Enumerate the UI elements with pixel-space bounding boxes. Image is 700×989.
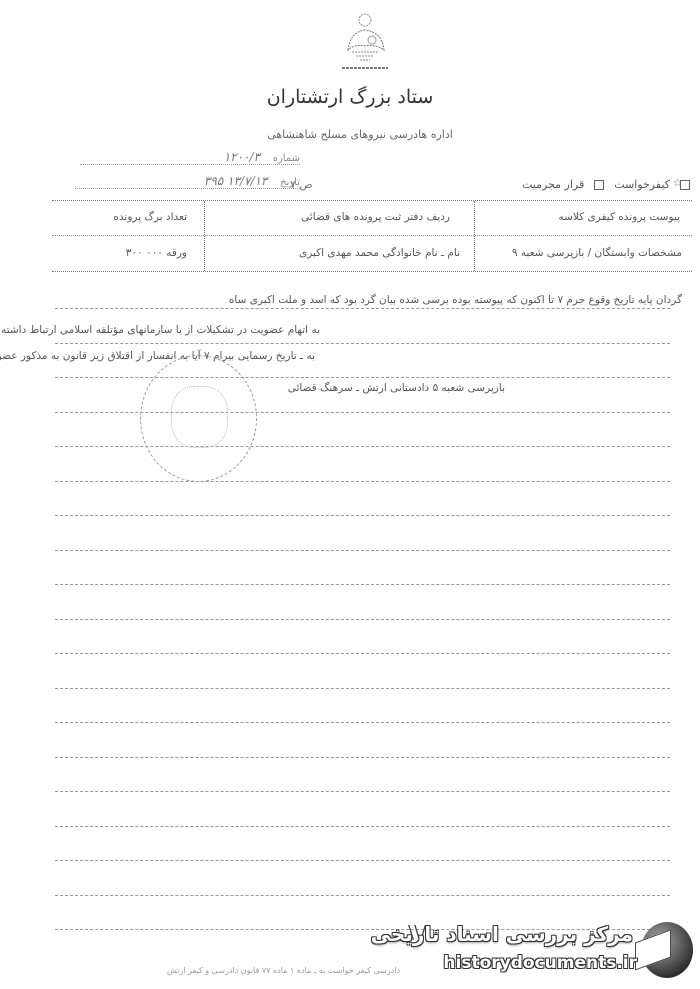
case-info-table: پیوست پرونده کیفری کلاسه ردیف دفتر ثبت پ… bbox=[52, 200, 692, 272]
checkbox-guilt-order[interactable] bbox=[594, 178, 604, 191]
ruled-line bbox=[55, 619, 670, 620]
body-line-3: به ـ تاریخ رسمایی بیرام ۷ آیا به انفسار … bbox=[0, 350, 315, 362]
ruled-line bbox=[55, 895, 670, 896]
ruled-line bbox=[55, 860, 670, 861]
checkbox-guilt-order-label: قرار مجرمیت bbox=[522, 178, 584, 191]
date-value: ۱۳/۷/۱۳ ۳۹۵ bbox=[204, 174, 267, 188]
ruled-line bbox=[55, 343, 670, 344]
official-seal-stamp bbox=[140, 355, 257, 482]
ruled-line bbox=[55, 515, 670, 516]
page-number: ص ۷ bbox=[290, 178, 313, 191]
ruled-line bbox=[55, 791, 670, 792]
organization-title: ستاد بزرگ ارتشتاران bbox=[240, 86, 460, 108]
header-case-file: پیوست پرونده کیفری کلاسه bbox=[558, 211, 680, 223]
lion-and-sun-emblem-icon bbox=[330, 10, 400, 72]
archive-watermark: مرکز بررسی اسناد تاریخی historydocuments… bbox=[405, 920, 695, 982]
watermark-url: historydocuments.ir bbox=[443, 953, 637, 973]
ruled-line bbox=[55, 722, 670, 723]
cell-relatives-info: مشخصات وابستگان / بازپرسی شعبه ۹ bbox=[512, 247, 682, 259]
checkbox-indictment[interactable] bbox=[680, 178, 690, 191]
ruled-line bbox=[55, 308, 670, 309]
cell-page-count: ورقه ۰۰۰ ۳۰۰ bbox=[126, 247, 187, 259]
body-line-1: گردان پایه تاریخ وقوع جرم ۷ تا اکنون که … bbox=[229, 294, 682, 306]
body-line-2: به اتهام عضویت در تشکیلات از یا سازمانها… bbox=[0, 324, 320, 336]
department-subtitle: اداره هادرسی نیروهای مسلح شاهنشاهی bbox=[250, 128, 470, 141]
ruled-line bbox=[55, 481, 670, 482]
number-label: شماره bbox=[273, 153, 300, 164]
cell-full-name: نام ـ نام خانوادگی محمد مهدی اکبری bbox=[299, 247, 460, 259]
document-type-checkboxes: کیفرخواست قرار مجرمیت bbox=[290, 178, 690, 191]
ruled-line bbox=[55, 757, 670, 758]
ruled-line bbox=[55, 826, 670, 827]
ruled-line bbox=[55, 688, 670, 689]
checkbox-indictment-label: کیفرخواست bbox=[614, 178, 670, 191]
document-date-field: تاریخ ۱۳/۷/۱۳ ۳۹۵ bbox=[75, 174, 300, 189]
watermark-title: مرکز بررسی اسناد تاریخی bbox=[371, 922, 633, 946]
ruled-line bbox=[55, 550, 670, 551]
document-number-field: شماره ۱۲۰۰/۳ bbox=[80, 150, 300, 165]
ruled-line bbox=[55, 377, 670, 378]
body-line-4: بازپرسی شعبه ۵ دادستانی ارتش ـ سرهنگ قضا… bbox=[288, 382, 505, 394]
header-page-count: تعداد برگ پرونده bbox=[113, 211, 187, 223]
ruled-line bbox=[55, 653, 670, 654]
number-value: ۱۲۰۰/۳ bbox=[224, 150, 260, 164]
ruled-line bbox=[55, 584, 670, 585]
document-archive-logo-icon bbox=[641, 922, 693, 978]
footer-note: دادرسی کیفر خواست به ـ ماده ۱ ماده ۷۷ قا… bbox=[20, 966, 400, 975]
header-register-row: ردیف دفتر ثبت پرونده های قضائی bbox=[301, 211, 450, 223]
